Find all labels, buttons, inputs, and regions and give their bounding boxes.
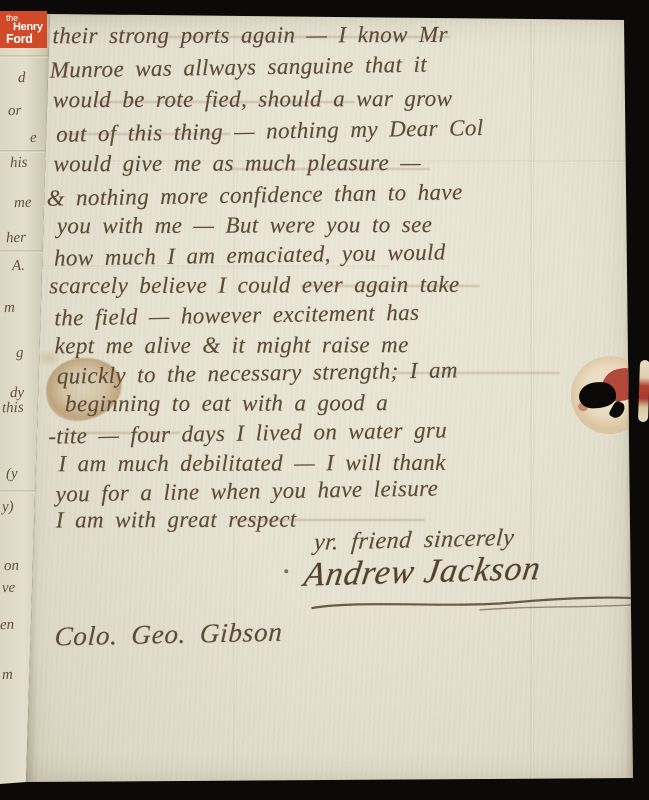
address-line: Colo. Geo. Gibson	[54, 617, 284, 653]
letter-line: -tite — four days I lived on water gru	[48, 417, 447, 449]
handwriting-fragment: on	[4, 558, 20, 576]
handwriting-fragment: his	[10, 155, 28, 173]
henry-ford-logo: the Henry Ford	[0, 11, 47, 48]
handwriting-fragment: en	[0, 617, 14, 634]
letter-line: how much I am emaciated, you would	[54, 239, 446, 271]
logo-text-ford: Ford	[6, 33, 33, 46]
handwriting-fragment: d	[18, 70, 26, 87]
letter-line: out of this thing — nothing my Dear Col	[56, 115, 484, 148]
signature-underline-flourish	[309, 593, 649, 618]
letter-page: their strong ports again — I know MrMunr…	[20, 13, 635, 785]
letter-line: kept me alive & it might raise me	[55, 332, 409, 359]
letter-line: you with me — But were you to see	[57, 212, 433, 239]
letter-line: I am much debilitated — I will thank	[58, 450, 445, 477]
handwriting-fragment: this	[2, 400, 24, 418]
letter-line-list: their strong ports again — I know MrMunr…	[17, 11, 632, 15]
letter-line: scarcely believe I could ever again take	[49, 272, 460, 299]
fold-crease	[0, 55, 54, 58]
letter-line: would give me as much pleasure —	[53, 150, 421, 177]
letter-line: would be rote fied, should a war grow	[53, 86, 453, 113]
handwriting-fragment: m	[4, 300, 15, 317]
letter-line: beginning to eat with a good a	[65, 390, 388, 417]
signature-andrew-jackson: Andrew Jackson	[301, 550, 543, 595]
letter-line: Munroe was allways sanguine that it	[50, 52, 428, 84]
letter-line: you for a line when you have leisure	[55, 476, 438, 508]
handwriting-fragment: A.	[12, 258, 26, 275]
wax-seal-edge-sliver	[638, 360, 649, 422]
scan-stage: dorehismeherA.mgdythis(yy)onveenm	[0, 0, 649, 800]
letter-line: the field — however excitement has	[54, 300, 419, 332]
handwriting-fragment: or	[8, 103, 22, 120]
handwriting-fragment: m	[2, 667, 13, 684]
letter-line: quickly to the necessary strength; I am	[57, 357, 459, 389]
letter-line: I am with great respect	[56, 507, 297, 534]
letter-line: & nothing more confidence than to have	[46, 179, 462, 212]
handwriting-fragment: her	[6, 230, 27, 248]
handwriting-fragment: (y	[6, 466, 18, 483]
letter-body: their strong ports again — I know MrMunr…	[17, 11, 637, 787]
ink-dot	[284, 569, 288, 573]
handwriting-fragment: y)	[2, 499, 14, 516]
handwriting-fragment: me	[14, 195, 32, 213]
letter-line: their strong ports again — I know Mr	[52, 22, 448, 49]
handwriting-fragment: e	[30, 130, 37, 147]
handwriting-fragment: ve	[2, 580, 16, 597]
handwriting-fragment: g	[16, 345, 24, 362]
